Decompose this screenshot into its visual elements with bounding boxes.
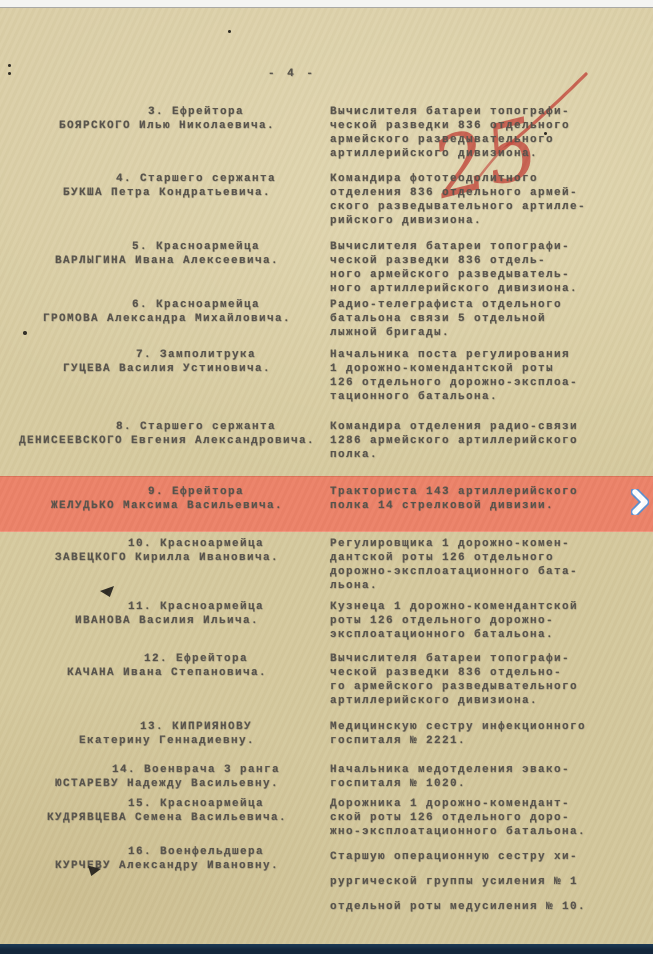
entry-position-text: Начальника поста регулирования 1 дорожно… xyxy=(330,348,648,404)
entry-name-line: ЮСТАРЕВУ Надежду Васильевну. xyxy=(0,777,330,791)
paper-speck xyxy=(544,132,547,135)
entry-position-text: Старшую операционную сестру хи- рургичес… xyxy=(330,845,648,920)
entry-position-text: Командира фототеодолитного отделения 836… xyxy=(330,172,648,228)
page-number: - 4 - xyxy=(0,68,584,80)
entry-rank-line: 6. Красноармейца xyxy=(0,298,330,312)
entry-name-line: ГРОМОВА Александра Михайловича. xyxy=(0,312,330,326)
entry-name-line: КАЧАНА Ивана Степановича. xyxy=(0,666,330,680)
viewer-bottom-bar xyxy=(0,944,653,954)
entry-name-line: БОЯРСКОГО Илью Николаевича. xyxy=(0,119,330,133)
chevron-right-icon[interactable] xyxy=(631,489,649,515)
entry-position-text: Вычислителя батареи топографи- ческой ра… xyxy=(330,652,648,708)
award-entry: 15. Красноармейца КУДРЯВЦЕВА Семена Васи… xyxy=(0,797,653,839)
entry-left-column: 16. Военфельдшера КУРЧЕВУ Александру Ива… xyxy=(0,845,330,873)
entry-left-column: 11. Красноармейца ИВАНОВА Василия Ильича… xyxy=(0,600,330,628)
award-entry: 5. Красноармейца ВАРЛЫГИНА Ивана Алексее… xyxy=(0,240,653,296)
entry-left-column: 14. Военврача 3 ранга ЮСТАРЕВУ Надежду В… xyxy=(0,763,330,791)
entry-rank-line: 9. Ефрейтора xyxy=(0,485,330,499)
entry-name-line: ИВАНОВА Василия Ильича. xyxy=(0,614,330,628)
award-entry: 6. Красноармейца ГРОМОВА Александра Миха… xyxy=(0,298,653,340)
entry-left-column: 3. Ефрейтора БОЯРСКОГО Илью Николаевича. xyxy=(0,105,330,133)
paper-speck xyxy=(23,331,27,335)
entry-position-text: Начальника медотделения эвако- госпиталя… xyxy=(330,763,648,791)
entry-position-text: Регулировщика 1 дорожно-комен- дантской … xyxy=(330,537,648,593)
entry-name-line: БУКША Петра Кондратьевича. xyxy=(0,186,330,200)
document-page: - 4 - 25 3. Ефрейтора БОЯРСКОГО Илью Ник… xyxy=(0,8,653,944)
entry-rank-line: 8. Старшего сержанта xyxy=(0,420,330,434)
entry-rank-line: 3. Ефрейтора xyxy=(0,105,330,119)
entry-position-text: Командира отделения радио-связи 1286 арм… xyxy=(330,420,648,462)
award-entry: 9. Ефрейтора ЖЕЛУДЬКО Максима Васильевич… xyxy=(0,476,653,532)
entry-left-column: 10. Красноармейца ЗАВЕЦКОГО Кирилла Иван… xyxy=(0,537,330,565)
entry-name-line: КУДРЯВЦЕВА Семена Васильевича. xyxy=(0,811,330,825)
award-entry: 8. Старшего сержанта ДЕНИСЕЕВСКОГО Евген… xyxy=(0,420,653,462)
entry-rank-line: 12. Ефрейтора xyxy=(0,652,330,666)
award-entry: 13. КИПРИЯНОВУ Екатерину Геннадиевну. Ме… xyxy=(0,720,653,748)
scanned-document-view: - 4 - 25 3. Ефрейтора БОЯРСКОГО Илью Ник… xyxy=(0,0,653,954)
entry-name-line: ВАРЛЫГИНА Ивана Алексеевича. xyxy=(0,254,330,268)
entry-name-line: ЖЕЛУДЬКО Максима Васильевича. xyxy=(0,499,330,513)
award-entry: 4. Старшего сержанта БУКША Петра Кондрат… xyxy=(0,172,653,228)
entry-left-column: 5. Красноармейца ВАРЛЫГИНА Ивана Алексее… xyxy=(0,240,330,268)
entry-left-column: 6. Красноармейца ГРОМОВА Александра Миха… xyxy=(0,298,330,326)
entry-left-column: 15. Красноармейца КУДРЯВЦЕВА Семена Васи… xyxy=(0,797,330,825)
entry-name-line: ДЕНИСЕЕВСКОГО Евгения Александровича. xyxy=(0,434,330,448)
entry-left-column: 13. КИПРИЯНОВУ Екатерину Геннадиевну. xyxy=(0,720,330,748)
entry-left-column: 12. Ефрейтора КАЧАНА Ивана Степановича. xyxy=(0,652,330,680)
entry-left-column: 7. Замполитрука ГУЦЕВА Василия Устинович… xyxy=(0,348,330,376)
viewer-top-edge xyxy=(0,0,653,8)
entry-rank-line: 4. Старшего сержанта xyxy=(0,172,330,186)
entry-rank-line: 7. Замполитрука xyxy=(0,348,330,362)
paper-speck xyxy=(8,64,11,67)
entry-name-line: ЗАВЕЦКОГО Кирилла Ивановича. xyxy=(0,551,330,565)
entry-rank-line: 5. Красноармейца xyxy=(0,240,330,254)
entry-rank-line: 13. КИПРИЯНОВУ xyxy=(0,720,330,734)
entry-position-text: Вычислителя батареи топографи- ческой ра… xyxy=(330,240,648,296)
entry-position-text: Дорожника 1 дорожно-комендант- ской роты… xyxy=(330,797,648,839)
paper-speck xyxy=(228,30,231,33)
entry-rank-line: 11. Красноармейца xyxy=(0,600,330,614)
paper-speck xyxy=(8,72,11,75)
entry-name-line: КУРЧЕВУ Александру Ивановну. xyxy=(0,859,330,873)
award-entry: 14. Военврача 3 ранга ЮСТАРЕВУ Надежду В… xyxy=(0,763,653,791)
award-entry: 10. Красноармейца ЗАВЕЦКОГО Кирилла Иван… xyxy=(0,537,653,593)
entry-rank-line: 14. Военврача 3 ранга xyxy=(0,763,330,777)
entry-position-text: Кузнеца 1 дорожно-комендантской роты 126… xyxy=(330,600,648,642)
entry-rank-line: 16. Военфельдшера xyxy=(0,845,330,859)
entry-name-line: ГУЦЕВА Василия Устиновича. xyxy=(0,362,330,376)
entry-position-text: Вычислителя батареи топографи- ческой ра… xyxy=(330,105,648,161)
award-entry: 11. Красноармейца ИВАНОВА Василия Ильича… xyxy=(0,600,653,642)
award-entry: 16. Военфельдшера КУРЧЕВУ Александру Ива… xyxy=(0,845,653,920)
award-entry: 3. Ефрейтора БОЯРСКОГО Илью Николаевича.… xyxy=(0,105,653,161)
entry-left-column: 9. Ефрейтора ЖЕЛУДЬКО Максима Васильевич… xyxy=(0,485,330,513)
entry-left-column: 4. Старшего сержанта БУКША Петра Кондрат… xyxy=(0,172,330,200)
entry-rank-line: 10. Красноармейца xyxy=(0,537,330,551)
entry-left-column: 8. Старшего сержанта ДЕНИСЕЕВСКОГО Евген… xyxy=(0,420,330,448)
entry-position-text: Радио-телеграфиста отдельного батальона … xyxy=(330,298,648,340)
award-entry: 12. Ефрейтора КАЧАНА Ивана Степановича. … xyxy=(0,652,653,708)
entry-name-line: Екатерину Геннадиевну. xyxy=(0,734,330,748)
entry-rank-line: 15. Красноармейца xyxy=(0,797,330,811)
award-entry: 7. Замполитрука ГУЦЕВА Василия Устинович… xyxy=(0,348,653,404)
entry-position-text: Медицинскую сестру инфекционного госпита… xyxy=(330,720,648,748)
entry-position-text: Тракториста 143 артиллерийского полка 14… xyxy=(330,485,648,513)
